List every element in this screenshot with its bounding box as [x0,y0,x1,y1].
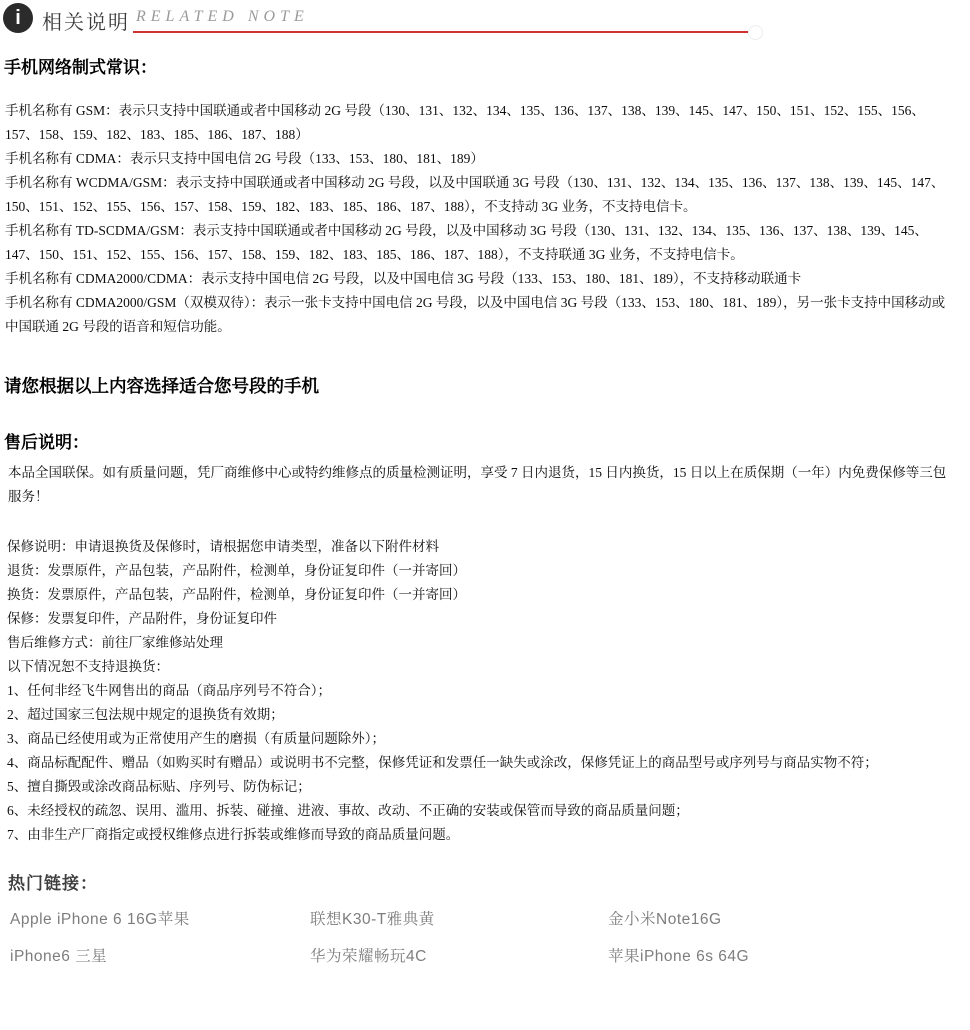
exclusion-item-1: 1、任何非经飞牛网售出的商品（商品序列号不符合）； [7,679,958,703]
related-note-header: i 相关说明 RELATED NOTE [0,0,970,40]
exclusion-item-6: 6、未经授权的疏忽、误用、滥用、拆装、碰撞、进液、事故、改动、不正确的安装或保管… [7,799,958,823]
exclusions-intro-line: 以下情况恕不支持退换货： [7,655,958,679]
warranty-note-line: 保修说明：申请退换货及保修时，请根据您申请类型，准备以下附件材料 [7,535,958,559]
exclusion-item-5: 5、擅自撕毁或涂改商品标贴、序列号、防伪标记； [7,775,958,799]
divider-end-dot [748,25,763,40]
choose-note-heading: 请您根据以上内容选择适合您号段的手机 [0,373,970,398]
repair-method-line: 售后维修方式：前往厂家维修站处理 [7,631,958,655]
section-subtitle: RELATED NOTE [136,8,309,26]
exclusion-item-4: 4、商品标配配件、赠品（如购买时有赠品）或说明书不完整，保修凭证和发票任一缺失或… [7,751,958,775]
network-paragraphs: 手机名称有 GSM：表示只支持中国联通或者中国移动 2G 号段（130、131、… [0,99,970,339]
hot-link-iphone6-samsung[interactable]: iPhone6 三星 [10,944,310,966]
hot-link-lenovo-k30t[interactable]: 联想K30-T雅典黄 [310,907,608,929]
after-sales-intro: 本品全国联保。如有质量问题，凭厂商维修中心或特约维修点的质量检测证明，享受 7 … [0,461,970,509]
network-paragraph-wcdma-gsm: 手机名称有 WCDMA/GSM：表示支持中国联通或者中国移动 2G 号段，以及中… [5,171,958,219]
network-section-heading: 手机网络制式常识： [0,53,970,78]
hot-links-grid: Apple iPhone 6 16G苹果 联想K30-T雅典黄 金小米Note1… [0,907,970,966]
network-paragraph-gsm: 手机名称有 GSM：表示只支持中国联通或者中国移动 2G 号段（130、131、… [5,99,958,147]
return-materials-line: 退货：发票原件，产品包装，产品附件，检测单，身份证复印件（一并寄回） [7,559,958,583]
hot-links-heading: 热门链接： [0,869,970,894]
network-paragraph-cdma2000-cdma: 手机名称有 CDMA2000/CDMA：表示支持中国电信 2G 号段，以及中国电… [5,267,958,291]
exchange-materials-line: 换货：发票原件，产品包装，产品附件，检测单，身份证复印件（一并寄回） [7,583,958,607]
exclusion-item-7: 7、由非生产厂商指定或授权维修点进行拆装或维修而导致的商品质量问题。 [7,823,958,847]
network-paragraph-cdma2000-gsm: 手机名称有 CDMA2000/GSM（双模双待）：表示一张卡支持中国电信 2G … [5,291,958,339]
section-title: 相关说明 [42,6,130,35]
repair-materials-line: 保修：发票复印件，产品附件，身份证复印件 [7,607,958,631]
hot-link-apple-iphone6s-64g[interactable]: 苹果iPhone 6s 64G [608,944,970,966]
hot-link-huawei-honor-4c[interactable]: 华为荣耀畅玩4C [310,944,608,966]
after-sales-heading: 售后说明： [0,428,970,453]
exclusion-item-2: 2、超过国家三包法规中规定的退换货有效期； [7,703,958,727]
network-paragraph-cdma: 手机名称有 CDMA：表示只支持中国电信 2G 号段（133、153、180、1… [5,147,958,171]
exclusion-item-3: 3、商品已经使用或为正常使用产生的磨损（有质量问题除外）； [7,727,958,751]
network-paragraph-tdscdma-gsm: 手机名称有 TD-SCDMA/GSM：表示支持中国联通或者中国移动 2G 号段，… [5,219,958,267]
warranty-lines: 保修说明：申请退换货及保修时，请根据您申请类型，准备以下附件材料 退货：发票原件… [0,535,970,847]
info-icon: i [3,3,33,33]
hot-link-xiaomi-note-16g[interactable]: 金小米Note16G [608,907,970,929]
hot-link-apple-iphone6-16g[interactable]: Apple iPhone 6 16G苹果 [10,907,310,929]
red-divider-line [133,31,755,33]
